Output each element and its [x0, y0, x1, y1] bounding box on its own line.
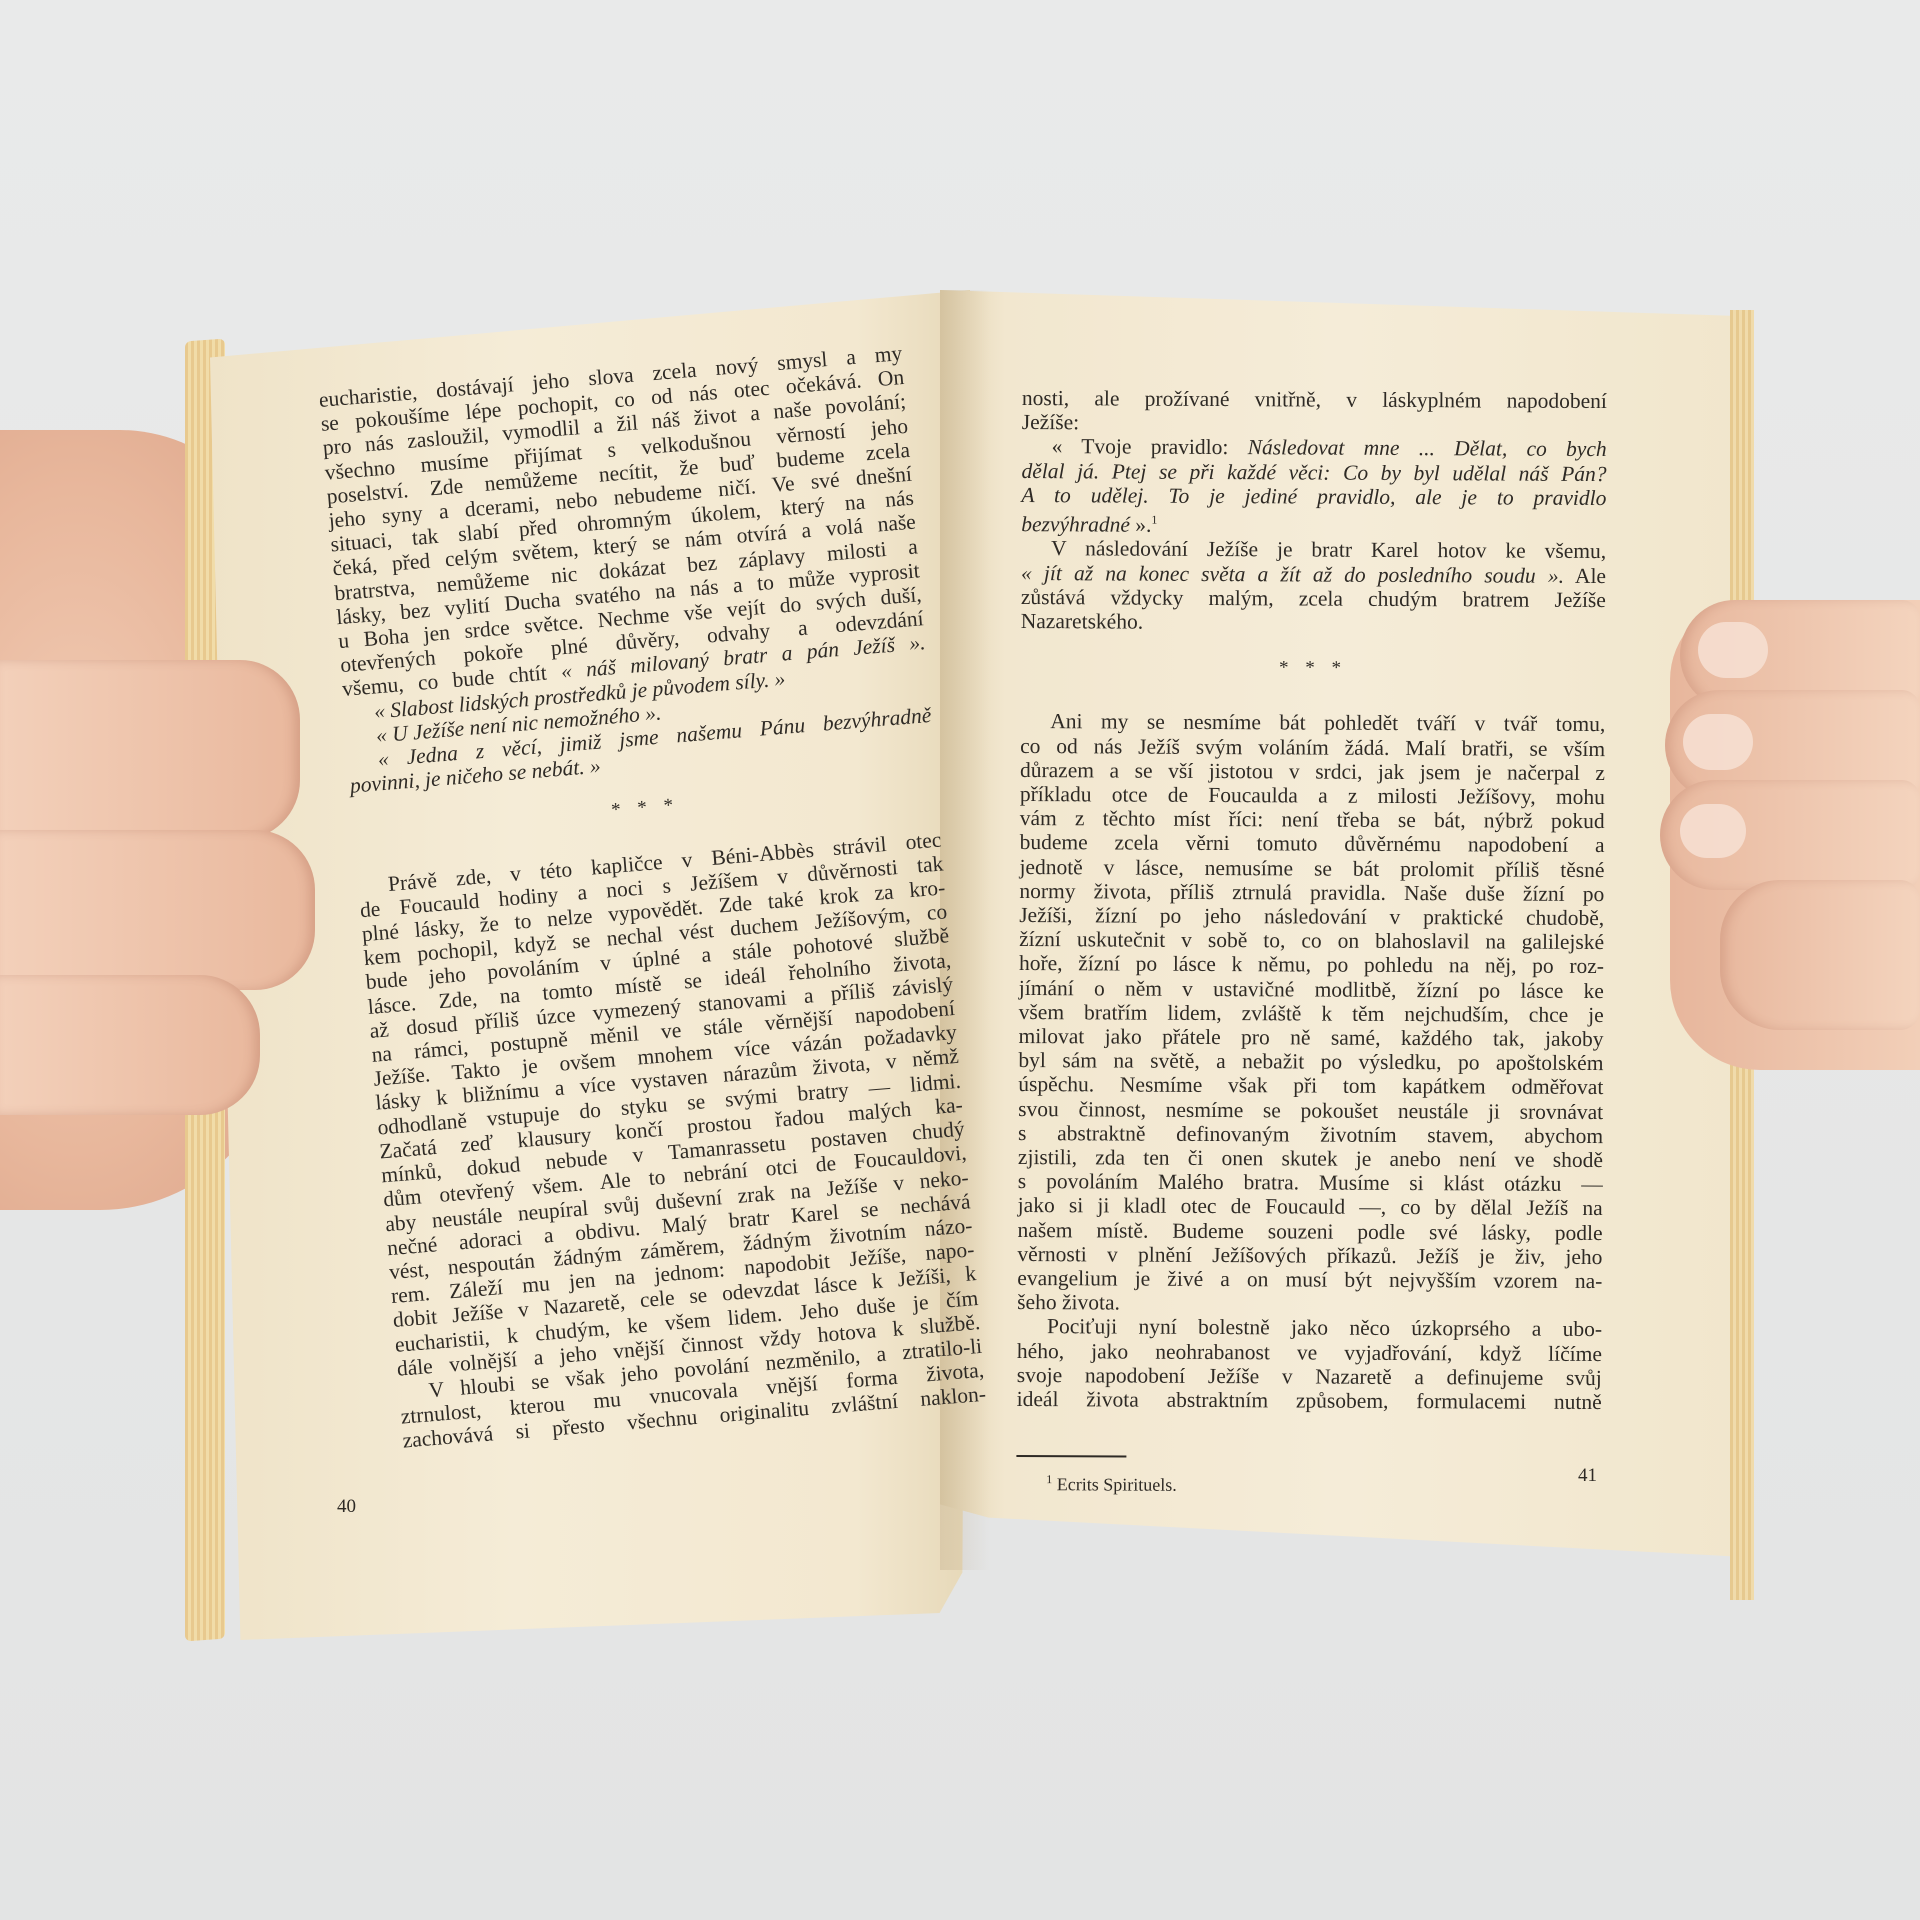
text-line: Pociťuji nyní bolestně jako něco úzkoprs… [1017, 1314, 1602, 1341]
text-line: úspěchu. Nesmíme však při tom kapátkem o… [1018, 1072, 1603, 1099]
text-line: šeho života. [1017, 1290, 1602, 1317]
quote-line: « Tvoje pravidlo: Následovat mne ... Děl… [1022, 434, 1607, 461]
footnote-reference: 1 [1151, 513, 1157, 527]
left-index-finger [0, 660, 300, 840]
footnote: 1 Ecrits Spirituels. [1016, 1467, 1601, 1499]
right-page-text: nosti, ale prožívané vnitřně, v láskypln… [1016, 386, 1607, 1499]
left-middle-finger [0, 975, 260, 1115]
text-line: svou činnost, nesmíme se pokoušet neustá… [1018, 1097, 1603, 1124]
text-line: milovat jako přátele pro ně samé, každéh… [1019, 1024, 1604, 1051]
page-number-right: 41 [1578, 1465, 1597, 1487]
right-finger-4 [1720, 880, 1920, 1030]
photo-scene: eucharistie, dostávají jeho slova zcela … [0, 0, 1920, 1920]
text-line: zjistili, zda ten či onen skutek je aneb… [1018, 1145, 1603, 1172]
text-line: žízní uskutečnit v sobě to, co on blahos… [1019, 927, 1604, 954]
text-line: « jít až na konec světa a žít až do posl… [1021, 561, 1606, 588]
text-line: věrnosti v plnění Ježíšových příkazů. Je… [1017, 1242, 1602, 1269]
fingernail [1698, 622, 1768, 678]
text-line: zůstává vždycky malým, zcela chudým brat… [1021, 585, 1606, 612]
text-line: našem místě. Budeme souzeni podle své lá… [1018, 1218, 1603, 1245]
text-line: hého, jako neohrabanost ve vyjadřování, … [1017, 1339, 1602, 1366]
text-line: s abstraktně definovaným životním stavem… [1018, 1121, 1603, 1148]
text-line: ideál života abstraktním způsobem, formu… [1017, 1387, 1602, 1414]
text-line: Ani my se nesmíme bát pohledět tváří v t… [1020, 709, 1605, 736]
text-line: co od nás Ježíš svým voláním žádá. Malí … [1020, 734, 1605, 761]
text-line: jednotě v lásce, nemusíme se bát prolomi… [1019, 855, 1604, 882]
text-line: Ježíše: [1022, 410, 1607, 437]
quote-line: bezvýhradné ».1 [1021, 507, 1606, 539]
text-line: budeme zcela věrni tomuto důvěrnému napo… [1020, 830, 1605, 857]
text-line: jímání o něm v ustavičné modlitbě, žízní… [1019, 976, 1604, 1003]
text-line: příkladu otce de Foucaulda a z milosti J… [1020, 782, 1605, 809]
text-line: hoře, žízní po lásce k němu, po pohledu … [1019, 951, 1604, 978]
text-line: byl sám na světě, a nebažit po výsledku,… [1018, 1048, 1603, 1075]
text-line: jako si ji kladl otec de Foucauld —, co … [1018, 1193, 1603, 1220]
text-line: s povoláním Malého bratra. Musíme si klá… [1018, 1169, 1603, 1196]
text-line: nosti, ale prožívané vnitřně, v láskypln… [1022, 386, 1607, 413]
left-page-text: eucharistie, dostávají jeho slova zcela … [318, 341, 987, 1453]
text-line: V následování Ježíše je bratr Karel hoto… [1021, 536, 1606, 563]
quote-line: A to udělej. To je jediné pravidlo, ale … [1021, 483, 1606, 510]
text-line: důrazem a se vší jistotou v srdci, jak j… [1020, 758, 1605, 785]
fingernail [1683, 714, 1753, 770]
fingernail [1680, 804, 1746, 858]
quote-line: dělal já. Ptej se při každé věci: Co by … [1021, 459, 1606, 486]
left-thumb [0, 830, 315, 990]
text-line: evangelium je živé a on musí být nejvyšš… [1017, 1266, 1602, 1293]
page-number-left: 40 [337, 1496, 356, 1518]
footnote-divider [1016, 1455, 1126, 1457]
text-line: vám z těchto míst říci: není třeba se bá… [1020, 806, 1605, 833]
text-line: normy života, příliš ztrnulá pravidla. N… [1019, 879, 1604, 906]
section-separator: * * * [1020, 655, 1605, 682]
text-line: Ježíši, žízní po jeho následování v prak… [1019, 903, 1604, 930]
right-finger-3 [1660, 780, 1920, 890]
text-line: svoje napodobení Ježíše v Nazaretě a def… [1017, 1363, 1602, 1390]
text-line: Nazaretského. [1021, 609, 1606, 636]
text-line: všem bratřím lidem, zvláště k těm nejchu… [1019, 1000, 1604, 1027]
